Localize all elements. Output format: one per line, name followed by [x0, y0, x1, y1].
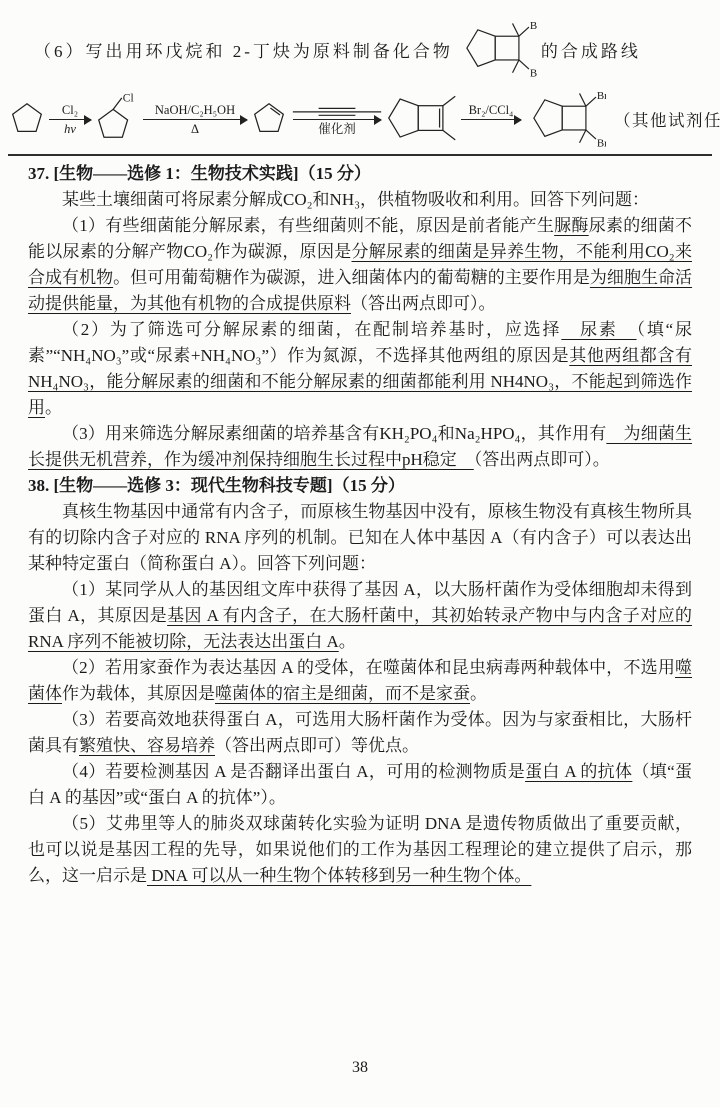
bromination-arrow: Br₂/CCl₄	[461, 100, 521, 139]
question-37-part-2: （2）为了筛选可分解尿素的细菌，在配制培养基时，应选择 尿素 （填“尿素”“NH…	[28, 317, 692, 421]
arrow-shaft	[461, 119, 521, 121]
question-text: （答出两点即可）。	[474, 450, 610, 469]
question-37-header: 37. [生物——选修 1：生物技术实践]（15 分）	[28, 161, 692, 187]
question-38-part-2: （2）若用家蚕作为表达基因 A 的受体，在噬菌体和昆虫病毒两种载体中，不选用噬菌…	[28, 655, 692, 707]
question-6-line: （6）写出用环戊烷和 2-丁炔为原料制备化合物 Br Br 的合成路线	[0, 0, 720, 84]
question-text: （2）为了筛选可分解尿素的细菌，在配制培养基时，应选择	[62, 320, 561, 339]
chlorination-arrow: Cl₂ hν	[49, 100, 91, 139]
question-38-part-1: （1）某同学从人的基因组文库中获得了基因 A，以大肠杆菌作为受体细胞却未得到蛋白…	[28, 577, 692, 655]
section-divider	[8, 154, 712, 156]
question-6-text-suffix: 的合成路线	[541, 37, 641, 62]
answer-underlined-text: 脲酶	[554, 216, 589, 235]
question-text: （1）有些细菌能分解尿素，有些细菌则不能，原因是前者能产生	[62, 216, 554, 235]
question-text: 。	[470, 684, 487, 703]
page-number: 38	[0, 1059, 720, 1077]
question-38-intro: 真核生物基因中通常有内含子，而原核生物基因中没有，原核生物没有真核生物所具有的切…	[28, 499, 692, 577]
arrow-bottom-label: 催化剂	[318, 120, 356, 138]
question-38-part-4: （4）若要检测基因 A 是否翻译出蛋白 A，可用的检测物质是蛋白 A 的抗体（填…	[28, 759, 692, 811]
br-label: Br	[530, 20, 539, 32]
br-label: Br	[530, 67, 539, 79]
question-text: 。	[339, 632, 356, 651]
arrow-bottom-label: hν	[64, 120, 76, 138]
arrow-shaft	[293, 119, 381, 121]
arrow-shaft	[143, 119, 247, 121]
cycloaddition-arrow: 催化剂	[291, 100, 383, 139]
chlorocyclopentane-structure: Cl	[92, 91, 142, 147]
answer-underlined-text: 噬菌体的宿主是细菌，而不是家蚕	[215, 684, 470, 703]
reaction-scheme: Cl₂ hν Cl NaOH/C₂H₅OH Δ	[0, 84, 720, 152]
question-38-part-3: （3）若要高效地获得蛋白 A，可选用大肠杆菌作为受体。因为与家蚕相比，大肠杆菌具…	[28, 707, 692, 759]
answer-underlined-text: 尿素	[561, 320, 636, 339]
questions-text-block: 37. [生物——选修 1：生物技术实践]（15 分） 某些土壤细菌可将尿素分解…	[0, 161, 720, 889]
question-text: 作为载体，其原因是	[62, 684, 215, 703]
question-text: （4）若要检测基因 A 是否翻译出蛋白 A，可用的检测物质是	[62, 762, 525, 781]
arrow-top-label: Br₂/CCl₄	[469, 100, 514, 119]
answer-underlined-text: DNA 可以从一种生物个体转移到另一种生物个体。	[147, 866, 531, 885]
target-compound-structure: Br Br	[455, 14, 539, 84]
dibromide-product-structure: Br Br	[522, 84, 606, 154]
question-text: （3）用来筛选分解尿素细菌的培养基含有KH₂PO₄和Na₂HPO₄，其作用有	[62, 424, 606, 443]
arrow-bottom-label: Δ	[191, 120, 199, 138]
question-text: 。但可用葡萄糖作为碳源，进入细菌体内的葡萄糖的主要作用是	[113, 268, 590, 287]
answer-underlined-text: 蛋白 A 的抗体	[525, 762, 632, 781]
arrow-top-label: NaOH/C₂H₅OH	[155, 100, 235, 119]
elimination-arrow: NaOH/C₂H₅OH Δ	[143, 100, 247, 139]
question-37-intro: 某些土壤细菌可将尿素分解成CO₂和NH₃，供植物吸收和利用。回答下列问题：	[28, 187, 692, 213]
cl-label: Cl	[123, 93, 134, 105]
question-38-header: 38. [生物——选修 3：现代生物科技专题]（15 分）	[28, 473, 692, 499]
question-text: （2）若用家蚕作为表达基因 A 的受体，在噬菌体和昆虫病毒两种载体中，不选用	[62, 658, 675, 677]
bicyclic-dimethyl-structure	[384, 91, 460, 147]
question-37-part-1: （1）有些细菌能分解尿素，有些细菌则不能，原因是前者能产生脲酶尿素的细菌不能以尿…	[28, 213, 692, 317]
question-text: （答出两点即可）。	[351, 294, 496, 313]
question-6-text-prefix: （6）写出用环戊烷和 2-丁炔为原料制备化合物	[34, 37, 453, 62]
answer-underlined-text: 繁殖快、容易培养	[79, 736, 215, 755]
question-text: 。	[45, 398, 62, 417]
arrow-top-label: Cl₂	[62, 100, 78, 119]
arrow-shaft	[49, 119, 91, 121]
br-label: Br	[597, 90, 606, 102]
butyne-structure	[291, 103, 383, 117]
question-text: （答出两点即可）等优点。	[215, 736, 419, 755]
cyclopentene-structure	[248, 97, 290, 141]
question-37-part-3: （3）用来筛选分解尿素细菌的培养基含有KH₂PO₄和Na₂HPO₄，其作用有 为…	[28, 421, 692, 473]
other-reagents-note: （其他试剂任选）。	[614, 107, 720, 131]
cyclopentane-structure	[6, 97, 48, 141]
question-38-part-5: （5）艾弗里等人的肺炎双球菌转化实验为证明 DNA 是遗传物质做出了重要贡献，也…	[28, 811, 692, 889]
exam-page: （6）写出用环戊烷和 2-丁炔为原料制备化合物 Br Br 的合成路线 Cl₂ …	[0, 0, 720, 1107]
br-label: Br	[597, 137, 606, 149]
